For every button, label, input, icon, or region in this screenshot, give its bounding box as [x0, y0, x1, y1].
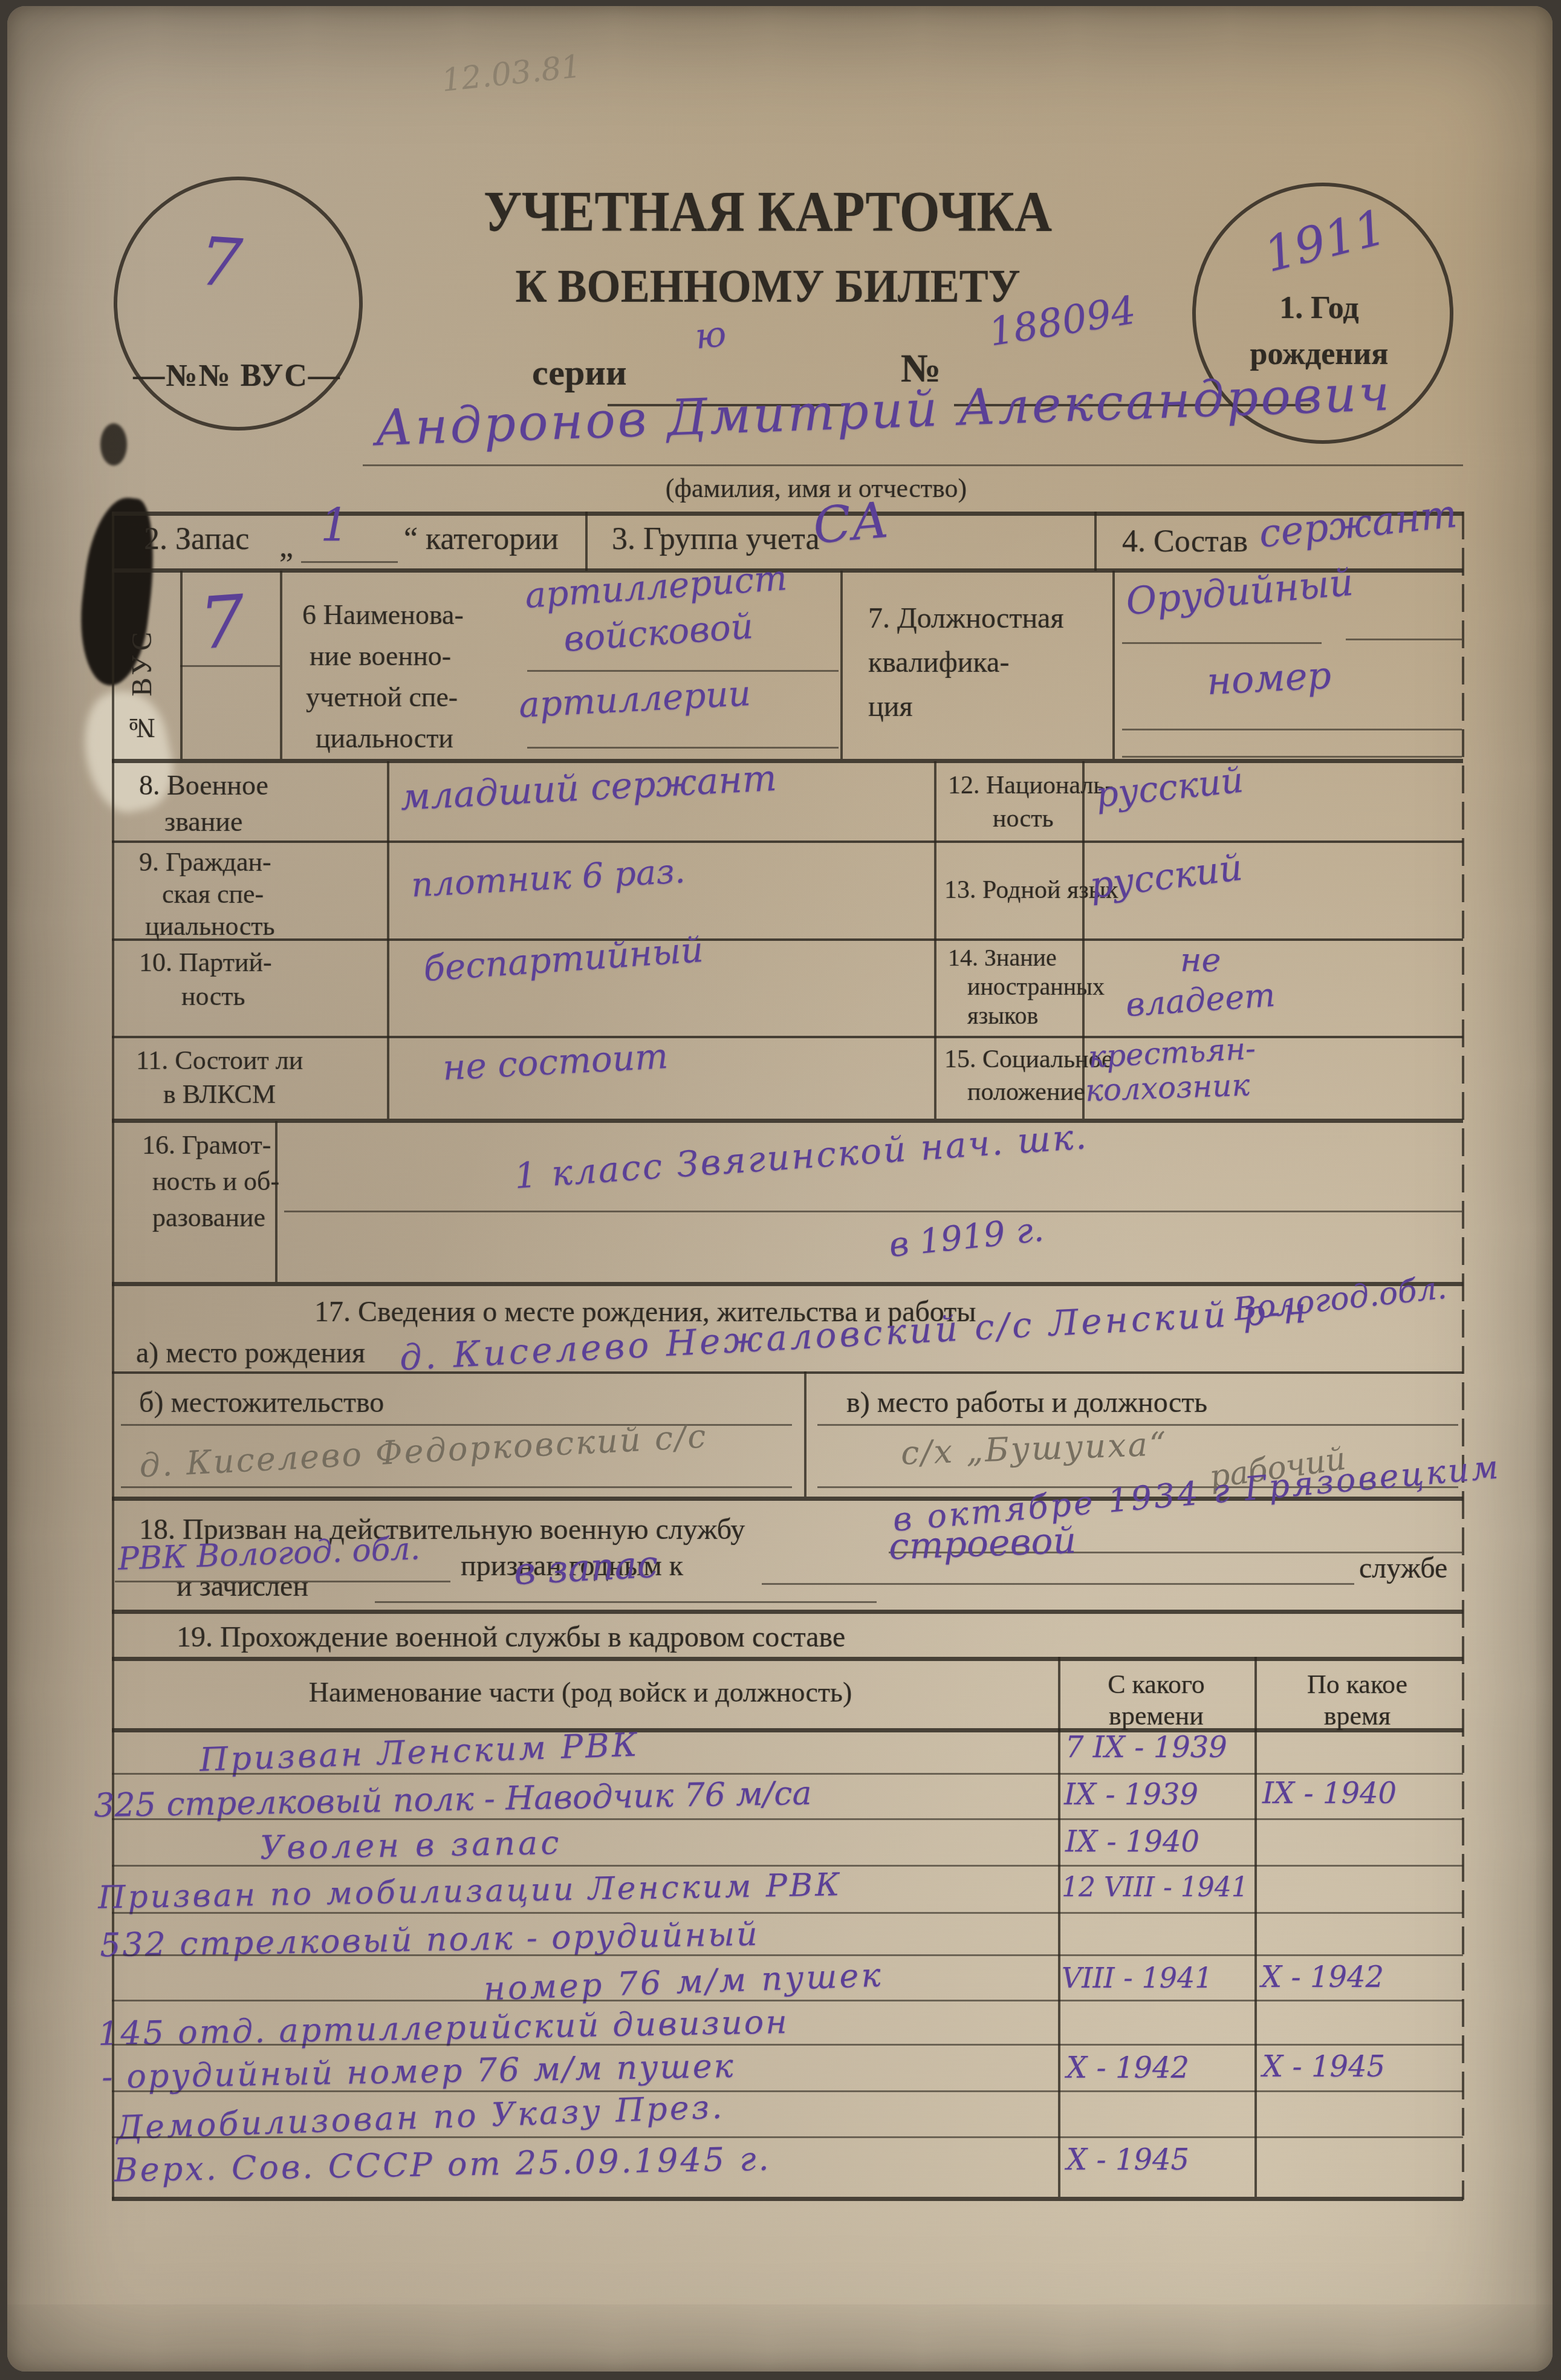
field2-label: 2. Запас: [144, 521, 249, 557]
field2-underline: [301, 561, 398, 563]
table-row-name: Уволен в запас: [259, 1824, 562, 1867]
field16-underline: [284, 1211, 1462, 1212]
table-row-to: IX - 1940: [1262, 1777, 1397, 1810]
series-label: серии: [532, 352, 627, 394]
field2-quote-open: „: [279, 528, 293, 564]
table-row-from: IX - 1939: [1064, 1778, 1198, 1812]
row-border-c: [112, 840, 1463, 843]
row-border-17a: [112, 1371, 1463, 1374]
row-border-f: [112, 1119, 1463, 1123]
field14-label-l2: иностранных: [967, 972, 1105, 1001]
divider-3-4: [1094, 512, 1097, 571]
field16-label-l2: ность и об-: [152, 1166, 279, 1197]
table-header-to-l2: время: [1258, 1700, 1457, 1731]
card-title-line1: УЧЕТНАЯ КАРТОЧКА: [387, 178, 1149, 245]
form-border-right: [1462, 512, 1464, 2200]
field9-label-l3: циальность: [145, 911, 275, 941]
vus-side-label: № ВУС: [126, 593, 158, 744]
field7-label-l1: 7. Должностная: [868, 602, 1063, 635]
field19-label: 19. Прохождение военной службы в кадрово…: [177, 1621, 845, 1654]
field9-label-l1: 9. Граждан-: [139, 847, 271, 877]
field3-value: СА: [811, 492, 891, 556]
table-row-line: [112, 1912, 1463, 1914]
divider-16: [275, 1121, 277, 1282]
table-row-from: X - 1942: [1066, 2051, 1189, 2085]
residence-label: б) местожительство: [139, 1386, 384, 1419]
field6-label-l1: 6 Наименова-: [302, 599, 464, 631]
field6-underline2: [527, 747, 839, 749]
series-value: ю: [693, 313, 729, 357]
table-row-line: [112, 2000, 1463, 2001]
field3-label: 3. Группа учета: [612, 521, 820, 557]
table-row-line: [112, 2044, 1463, 2046]
divider-6-7: [840, 571, 843, 759]
divider-vus-6: [280, 571, 282, 759]
field8-label-l2: звание: [164, 805, 242, 837]
workplace-label: в) место работы и должность: [846, 1386, 1207, 1419]
residence-rule2: [121, 1486, 792, 1488]
field14-value-l1: не: [1180, 941, 1221, 979]
field11-label-l2: в ВЛКСМ: [163, 1079, 276, 1110]
field6-label-l2: ние военно-: [310, 640, 451, 672]
table-header-border: [112, 1728, 1463, 1732]
fit-underline: [762, 1583, 1354, 1585]
table-row-line: [112, 1818, 1463, 1820]
field2-post-label: “ категории: [404, 521, 559, 557]
table-header-to-l1: По какое: [1258, 1669, 1457, 1700]
table-row-from: X - 1945: [1066, 2143, 1189, 2177]
birth-year-label-line1: 1. Год: [1216, 290, 1422, 326]
table-row-to: X - 1942: [1261, 1960, 1384, 1994]
row-border-e: [112, 1036, 1463, 1038]
divider-b-c: [804, 1371, 806, 1497]
full-name-underline: [363, 464, 1463, 466]
table-row-line: [112, 2090, 1463, 2092]
enlist-label: и зачислен: [177, 1570, 308, 1603]
table-header-from-l2: времени: [1061, 1700, 1251, 1731]
enlist-value: в запас: [513, 1542, 659, 1593]
table-divider-2: [1254, 1657, 1257, 2197]
field15-label-l2: положение: [967, 1078, 1085, 1107]
field7-underline2: [1122, 729, 1462, 730]
table-header-name: Наименование части (род войск и должност…: [181, 1676, 979, 1708]
field14-label-l3: языков: [967, 1001, 1038, 1030]
field11-label-l1: 11. Состоит ли: [136, 1045, 303, 1076]
form-border-bottom: [112, 2197, 1463, 2201]
row-border-d: [112, 938, 1463, 941]
row-border-18: [112, 1610, 1463, 1614]
ink-blot: [100, 423, 127, 466]
field12-label-l2: ность: [993, 804, 1054, 833]
row-border-16: [112, 1282, 1463, 1286]
table-row-line: [112, 1954, 1463, 1956]
table-divider-1: [1058, 1657, 1060, 2197]
field10-label-l2: ность: [181, 981, 245, 1012]
field16-label-l1: 16. Грамот-: [142, 1130, 271, 1160]
enlist-underline: [375, 1601, 877, 1603]
vus-stamp-value: 7: [197, 223, 245, 303]
field7-value-l2: номер: [1206, 653, 1332, 704]
field2-value: 1: [320, 499, 349, 551]
vus-stamp-label: —№№ ВУС—: [128, 358, 346, 394]
birthplace-label: а) место рождения: [136, 1336, 365, 1370]
table-row-to: X - 1945: [1262, 2050, 1385, 2084]
table-row-from: IX - 1940: [1065, 1825, 1199, 1859]
field8-label-l1: 8. Военное: [139, 769, 268, 801]
table-row-from: 7 IX - 1939: [1065, 1731, 1227, 1764]
field14-label-l1: 14. Знание: [948, 943, 1057, 972]
vus-underline: [180, 665, 280, 667]
vus-value: 7: [196, 579, 248, 666]
scanned-card-photo: 12.03.81 7 —№№ ВУС— 1911 1. Год рождения…: [0, 0, 1561, 2380]
table-row-line: [112, 2136, 1463, 2138]
table-header-from-l1: С какого: [1061, 1669, 1251, 1700]
fit-post-label: службе: [1359, 1552, 1447, 1585]
field9-label-l2: ская спе-: [162, 879, 264, 909]
divider-2-3: [585, 512, 588, 571]
table-row-from: 12 VIII - 1941: [1062, 1872, 1248, 1903]
row-border-b: [112, 759, 1463, 763]
field7-label-l2: квалифика-: [868, 646, 1009, 679]
field15-value-l2: колхозник: [1085, 1067, 1250, 1108]
field7-underline3: [1122, 756, 1462, 758]
field7-underline1a: [1122, 642, 1322, 644]
field4-label: 4. Состав: [1122, 524, 1248, 559]
divider-7-value: [1112, 571, 1115, 759]
table-row-from: VIII - 1941: [1062, 1962, 1213, 1994]
fit-value: строевой: [888, 1520, 1077, 1569]
field7-underline1b: [1346, 639, 1462, 640]
field12-label-l1: 12. Националь-: [948, 771, 1114, 800]
field10-label-l1: 10. Партий-: [139, 947, 272, 978]
field7-label-l3: ция: [868, 690, 912, 723]
table-row-line: [112, 1865, 1463, 1867]
field6-label-l4: циальности: [316, 722, 453, 754]
table-border-top: [112, 1657, 1463, 1661]
field6-underline1: [527, 670, 839, 672]
field6-label-l3: учетной спе-: [306, 681, 458, 713]
field16-label-l3: разование: [152, 1202, 265, 1233]
